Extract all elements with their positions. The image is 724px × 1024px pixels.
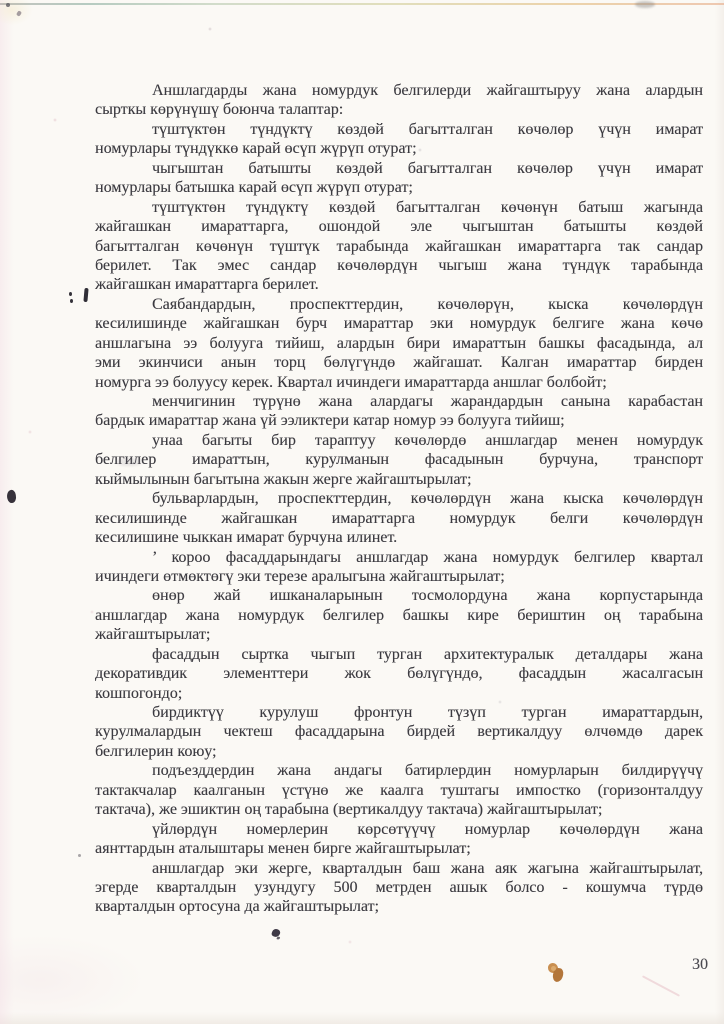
- text-line: бардык имараттар жана үй ээликтери катар…: [95, 411, 703, 430]
- text-line: Аншлагдарды жана номурдук белгилерди жай…: [95, 81, 703, 100]
- text-line: кыймылынын багытына жакын жерге жайгашты…: [95, 470, 703, 489]
- text-line: ичиндеги өтмөктөгү эки терезе аралыгына …: [95, 567, 703, 586]
- text-line: тактача), же эшиктин оң тарабына (вертик…: [95, 800, 703, 819]
- text-line: номурлары түндүккө карай өсүп жүрүп отур…: [95, 139, 703, 158]
- text-line: курулмалардын чектеш фасаддарына бирдей …: [95, 722, 703, 741]
- text-line: сырткы көрүнүшү боюнча талаптар:: [95, 100, 703, 119]
- text-line: жайгашкан имараттарга, ошондой эле чыгыш…: [95, 217, 703, 236]
- text-line: кесилишинде жайгашкан бурч имараттар эки…: [95, 314, 703, 333]
- text-line: жайгаштырылат;: [95, 625, 703, 644]
- ink-mark: [83, 288, 88, 302]
- text-line: бирдиктүү курулуш фронтун түзүп турган и…: [95, 703, 703, 722]
- text-line: подъезддердин жана андагы батирлердин но…: [95, 761, 703, 780]
- text-line: өнөр жай ишканаларынын тосмолордуна жана…: [95, 586, 703, 605]
- text-block: Аншлагдарды жана номурдук белгилерди жай…: [95, 81, 703, 917]
- text-line: Саябандардын, проспекттердин, көчөлөрүн,…: [95, 295, 703, 314]
- text-line: үйлөрдүн номерлерин көрсөтүүчү номурлар …: [95, 820, 703, 839]
- text-line: декоративдик элементтери жок бөлүгүндө, …: [95, 664, 703, 683]
- scan-speck: [16, 10, 22, 16]
- text-line: менчигинин түрүнө жана алардагы жарандар…: [95, 392, 703, 411]
- stain: [552, 967, 564, 983]
- text-line: эми экинчиси анын торц бөлүгүндө жайгаша…: [95, 353, 703, 372]
- text-line: аншлагдар жана номурдук белгилер башкы к…: [95, 606, 703, 625]
- stain: [548, 963, 558, 973]
- stain: [551, 966, 556, 971]
- document-page: Аншлагдарды жана номурдук белгилерди жай…: [0, 0, 724, 1024]
- scan-scratch: [642, 975, 680, 996]
- text-line: берилет. Так эмес сандар көчөлөрдүн чыгы…: [95, 256, 703, 275]
- text-line: жайгашкан имараттарга берилет.: [95, 275, 703, 294]
- ink-mark: [271, 928, 281, 938]
- text-line: номурлары батышка карай өсүп жүрүп отура…: [95, 178, 703, 197]
- page-number: 30: [692, 956, 708, 974]
- ink-mark: [69, 292, 72, 296]
- text-line: фасаддын сыртка чыгып турган архитектура…: [95, 645, 703, 664]
- text-line: белгилер имараттын, курулманын фасадынын…: [95, 450, 703, 469]
- text-line: аншлагдар эки жерге, кварталдын баш жана…: [95, 859, 703, 878]
- text-line: белгилерин коюу;: [95, 742, 703, 761]
- text-line: номурга ээ болуусу керек. Квартал ичинде…: [95, 373, 703, 392]
- text-line: ’ короо фасаддарындагы аншлагдар жана но…: [95, 548, 703, 567]
- text-line: аянттардын аталыштары менен бирге жайгаш…: [95, 839, 703, 858]
- text-line: тактакчалар каалганын үстүнө же каалга т…: [95, 781, 703, 800]
- text-line: аншлагына ээ болууга тийиш, алардын бири…: [95, 334, 703, 353]
- text-line: түштүктөн түндүктү көздөй багытталган кө…: [95, 198, 703, 217]
- text-line: эгерде кварталдын узундугу 500 метрден а…: [95, 878, 703, 897]
- text-line: түштүктөн түндүктү көздөй багытталган кө…: [95, 120, 703, 139]
- text-line: багытталган көчөнүн түштүк тарабында жай…: [95, 237, 703, 256]
- ink-mark: [6, 489, 18, 504]
- scan-edge-line: [0, 3, 724, 5]
- scan-speck: [78, 854, 81, 857]
- text-line: чыгыштан батышты көздөй багытталган көчө…: [95, 159, 703, 178]
- text-line: кесилишинде жайгашкан имараттарга номурд…: [95, 509, 703, 528]
- text-line: кошпогондо;: [95, 684, 703, 703]
- text-line: унаа багыты бир тараптуу көчөлөрдө аншла…: [95, 431, 703, 450]
- text-line: бульварлардын, проспекттердин, көчөлөрдү…: [95, 489, 703, 508]
- ink-mark: [70, 299, 73, 303]
- text-line: кварталдын ортосуна да жайгаштырылат;: [95, 897, 703, 916]
- text-line: кесилишине чыккан имарат бурчуна илинет.: [95, 528, 703, 547]
